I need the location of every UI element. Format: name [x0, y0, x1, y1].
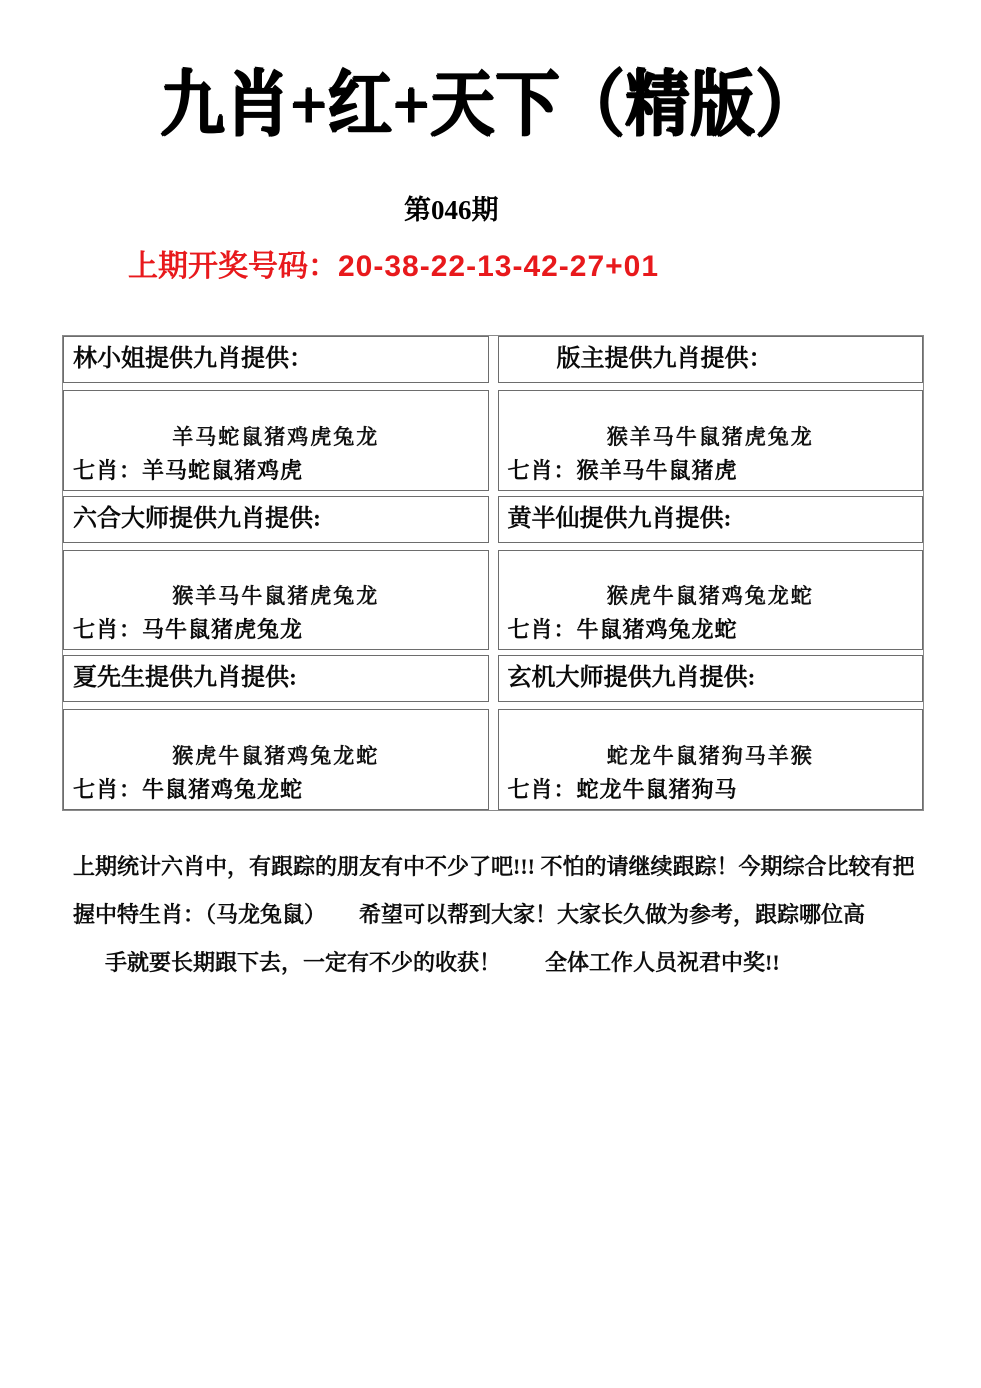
seven-zodiac-line: 七肖：猴羊马牛鼠猪虎: [499, 451, 923, 485]
last-draw-numbers: 20-38-22-13-42-27+01: [338, 250, 659, 283]
seven-zodiac-picks: 蛇龙牛鼠猪狗马: [577, 777, 738, 802]
footer-line-1: 上期统计六肖中，有跟踪的朋友有中不少了吧!!! 不怕的请继续跟踪！今期综合比较有…: [73, 843, 918, 891]
provider-picks: 猴羊马牛鼠猪虎兔龙 七肖：马牛鼠猪虎兔龙: [63, 550, 489, 651]
seven-zodiac-label: 七肖：: [508, 777, 577, 802]
nine-zodiac-line: 猴虎牛鼠猪鸡兔龙蛇: [499, 580, 923, 610]
provider-picks: 羊马蛇鼠猪鸡虎兔龙 七肖：羊马蛇鼠猪鸡虎: [63, 390, 489, 491]
provider-block-xiaxiansheng: 夏先生提供九肖提供: 猴虎牛鼠猪鸡兔龙蛇 七肖：牛鼠猪鸡兔龙蛇: [63, 655, 489, 810]
seven-zodiac-label: 七肖：: [73, 458, 142, 483]
seven-zodiac-line: 七肖：羊马蛇鼠猪鸡虎: [64, 451, 488, 485]
footer-note: 上期统计六肖中，有跟踪的朋友有中不少了吧!!! 不怕的请继续跟踪！今期综合比较有…: [73, 843, 918, 987]
provider-block-linxiaojie: 林小姐提供九肖提供： 羊马蛇鼠猪鸡虎兔龙 七肖：羊马蛇鼠猪鸡虎: [63, 336, 489, 491]
provider-picks: 猴羊马牛鼠猪虎兔龙 七肖：猴羊马牛鼠猪虎: [498, 390, 924, 491]
seven-zodiac-picks: 马牛鼠猪虎兔龙: [142, 617, 303, 642]
seven-zodiac-picks: 猴羊马牛鼠猪虎: [577, 458, 738, 483]
nine-zodiac-line: 羊马蛇鼠猪鸡虎兔龙: [64, 421, 488, 451]
last-draw-line: 上期开奖号码：20-38-22-13-42-27+01: [128, 241, 659, 285]
seven-zodiac-label: 七肖：: [508, 617, 577, 642]
seven-zodiac-picks: 羊马蛇鼠猪鸡虎: [142, 458, 303, 483]
seven-zodiac-label: 七肖：: [73, 777, 142, 802]
nine-zodiac-line: 猴羊马牛鼠猪虎兔龙: [499, 421, 923, 451]
provider-block-xuanjidashi: 玄机大师提供九肖提供: 蛇龙牛鼠猪狗马羊猴 七肖：蛇龙牛鼠猪狗马: [498, 655, 924, 810]
seven-zodiac-picks: 牛鼠猪鸡兔龙蛇: [142, 777, 303, 802]
provider-name: 版主提供九肖提供：: [498, 336, 924, 383]
provider-name: 玄机大师提供九肖提供:: [498, 655, 924, 702]
last-draw-label: 上期开奖号码：: [128, 250, 338, 283]
nine-zodiac-line: 猴虎牛鼠猪鸡兔龙蛇: [64, 740, 488, 770]
seven-zodiac-label: 七肖：: [508, 458, 577, 483]
prediction-board: 林小姐提供九肖提供： 羊马蛇鼠猪鸡虎兔龙 七肖：羊马蛇鼠猪鸡虎 版主提供九肖提供…: [62, 335, 924, 811]
provider-block-liuhedashi: 六合大师提供九肖提供: 猴羊马牛鼠猪虎兔龙 七肖：马牛鼠猪虎兔龙: [63, 496, 489, 651]
footer-line-2: 握中特生肖：（马龙兔鼠） 希望可以帮到大家！大家长久做为参考，跟踪哪位高: [73, 891, 918, 939]
provider-block-huangbanxian: 黄半仙提供九肖提供: 猴虎牛鼠猪鸡兔龙蛇 七肖：牛鼠猪鸡兔龙蛇: [498, 496, 924, 651]
seven-zodiac-line: 七肖：马牛鼠猪虎兔龙: [64, 610, 488, 644]
provider-picks: 猴虎牛鼠猪鸡兔龙蛇 七肖：牛鼠猪鸡兔龙蛇: [498, 550, 924, 651]
seven-zodiac-picks: 牛鼠猪鸡兔龙蛇: [577, 617, 738, 642]
nine-zodiac-line: 猴羊马牛鼠猪虎兔龙: [64, 580, 488, 610]
seven-zodiac-line: 七肖：牛鼠猪鸡兔龙蛇: [499, 610, 923, 644]
provider-name: 六合大师提供九肖提供:: [63, 496, 489, 543]
provider-name: 林小姐提供九肖提供：: [63, 336, 489, 383]
seven-zodiac-line: 七肖：牛鼠猪鸡兔龙蛇: [64, 770, 488, 804]
provider-name: 夏先生提供九肖提供:: [63, 655, 489, 702]
provider-name: 黄半仙提供九肖提供:: [498, 496, 924, 543]
seven-zodiac-line: 七肖：蛇龙牛鼠猪狗马: [499, 770, 923, 804]
provider-block-banzhu: 版主提供九肖提供： 猴羊马牛鼠猪虎兔龙 七肖：猴羊马牛鼠猪虎: [498, 336, 924, 491]
seven-zodiac-label: 七肖：: [73, 617, 142, 642]
issue-number: 第046期: [0, 188, 903, 227]
tip-sheet-page: 九肖+红+天下（精版） 第046期 上期开奖号码：20-38-22-13-42-…: [0, 0, 981, 1388]
nine-zodiac-line: 蛇龙牛鼠猪狗马羊猴: [499, 740, 923, 770]
provider-picks: 蛇龙牛鼠猪狗马羊猴 七肖：蛇龙牛鼠猪狗马: [498, 709, 924, 810]
sheet-title: 九肖+红+天下（精版）: [0, 46, 981, 149]
provider-picks: 猴虎牛鼠猪鸡兔龙蛇 七肖：牛鼠猪鸡兔龙蛇: [63, 709, 489, 810]
footer-line-3: 手就要长期跟下去，一定有不少的收获！ 全体工作人员祝君中奖!!: [73, 939, 918, 987]
